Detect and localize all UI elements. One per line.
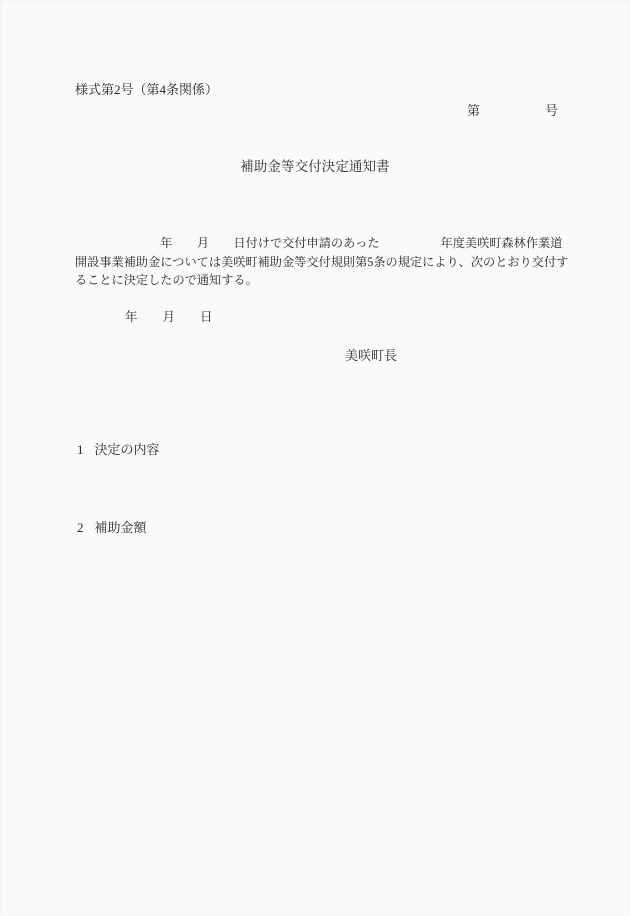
section-item-1-label: 決定の内容 <box>95 442 160 457</box>
document-page: 様式第2号（第4条関係） 第 号 補助金等交付決定通知書 年 月 日付けで交付申… <box>0 0 630 916</box>
section-item-2-number: 2 <box>77 520 84 535</box>
body-line-2: 開設事業補助金については美咲町補助金等交付規則第5条の規定により、次のとおり交付… <box>75 253 575 272</box>
body-paragraph: 年 月 日付けで交付申請のあった 年度美咲町森林作業道 開設事業補助金については… <box>75 234 575 290</box>
document-number-blank: 第 号 <box>467 104 558 118</box>
section-item-2-label: 補助金額 <box>95 520 147 535</box>
body-line-3: ることに決定したので通知する。 <box>75 271 575 290</box>
section-item-1-number: 1 <box>77 442 84 457</box>
date-blank-line: 年 月 日 <box>75 310 213 324</box>
signature-mayor: 美咲町長 <box>345 349 397 363</box>
document-title: 補助金等交付決定通知書 <box>0 156 630 175</box>
body-line-1: 年 月 日付けで交付申請のあった 年度美咲町森林作業道 <box>75 234 575 253</box>
section-item-2: 2 補助金額 <box>77 520 147 535</box>
section-item-1: 1 決定の内容 <box>77 442 160 457</box>
form-number: 様式第2号（第4条関係） <box>75 83 218 97</box>
